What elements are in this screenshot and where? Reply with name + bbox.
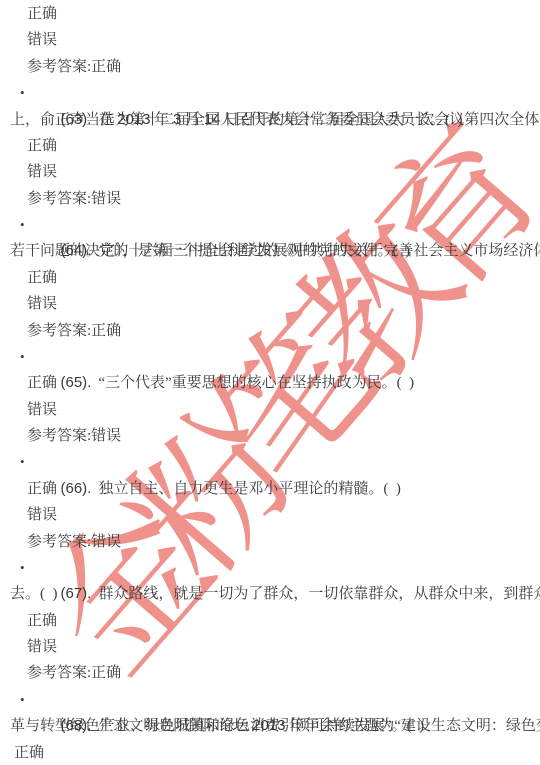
option-true-label: 正确 (0, 1, 540, 27)
question-text: 在 2013 年 3 月 14 日召开的第十二届全国人大一次会议第四次全体会议 (98, 112, 540, 128)
question-text: 生态文明贵阳国际论坛 2013 年年会的主题为“建设生态文明：绿色变 (98, 718, 540, 734)
bullet-icon: • (20, 687, 25, 713)
question-number: (64). (61, 242, 92, 259)
question-text: “三个代表”重要思想的核心在坚持执政为民。( ) (98, 375, 414, 391)
question-number: (65). (61, 374, 92, 391)
option-true-label: 正确 (0, 608, 540, 634)
option-false-label: 错误 (0, 291, 540, 317)
question-63-line-1: •(63).在 2013 年 3 月 14 日召开的第十二届全国人大一次会议第四… (0, 80, 540, 106)
bullet-icon: • (20, 449, 25, 475)
document-content: 正确 错误 参考答案:正确 •(63).在 2013 年 3 月 14 日召开的… (0, 0, 540, 765)
reference-answer: 参考答案:正确 (0, 54, 540, 80)
bullet-icon: • (20, 212, 25, 238)
bullet-icon: • (20, 555, 25, 581)
reference-answer: 参考答案:正确 (0, 318, 540, 344)
question-text: 群众路线，就是一切为了群众，一切依靠群众，从群众中来，到群众中 (98, 586, 540, 602)
question-number: (66). (61, 480, 92, 497)
question-number: (68). (61, 717, 92, 734)
question-number: (63). (61, 111, 92, 128)
question-67-line-1: •(67).群众路线，就是一切为了群众，一切依靠群众，从群众中来，到群众中 (0, 555, 540, 581)
option-true-label: 正确 (0, 265, 540, 291)
bullet-icon: • (20, 80, 25, 106)
reference-answer: 参考答案:错误 (0, 529, 540, 555)
option-false-label: 错误 (0, 27, 540, 53)
question-text: 党的十六届三中全会通过的《中共中央关于完善社会主义市场经济体制 (98, 243, 540, 259)
option-true-label: 正确 (0, 740, 540, 765)
option-false-label: 错误 (0, 502, 540, 528)
document-page: 金粉笔教育 正确 错误 参考答案:正确 •(63).在 2013 年 3 月 1… (0, 0, 540, 765)
option-true-label: 正确 (0, 133, 540, 159)
reference-answer: 参考答案:正确 (0, 660, 540, 686)
question-66-line-1: •(66).独立自主、自力更生是邓小平理论的精髓。( ) (0, 449, 540, 475)
option-false-label: 错误 (0, 159, 540, 185)
question-65-line-1: •(65).“三个代表”重要思想的核心在坚持执政为民。( ) (0, 344, 540, 370)
question-text: 独立自主、自力更生是邓小平理论的精髓。( ) (98, 481, 401, 497)
bullet-icon: • (20, 344, 25, 370)
option-false-label: 错误 (0, 634, 540, 660)
question-number: (67). (61, 585, 92, 602)
question-64-line-1: •(64).党的十六届三中全会通过的《中共中央关于完善社会主义市场经济体制 (0, 212, 540, 238)
option-false-label: 错误 (0, 397, 540, 423)
reference-answer: 参考答案:错误 (0, 423, 540, 449)
question-68-line-1: •(68).生态文明贵阳国际论坛 2013 年年会的主题为“建设生态文明：绿色变 (0, 687, 540, 713)
reference-answer: 参考答案:错误 (0, 186, 540, 212)
